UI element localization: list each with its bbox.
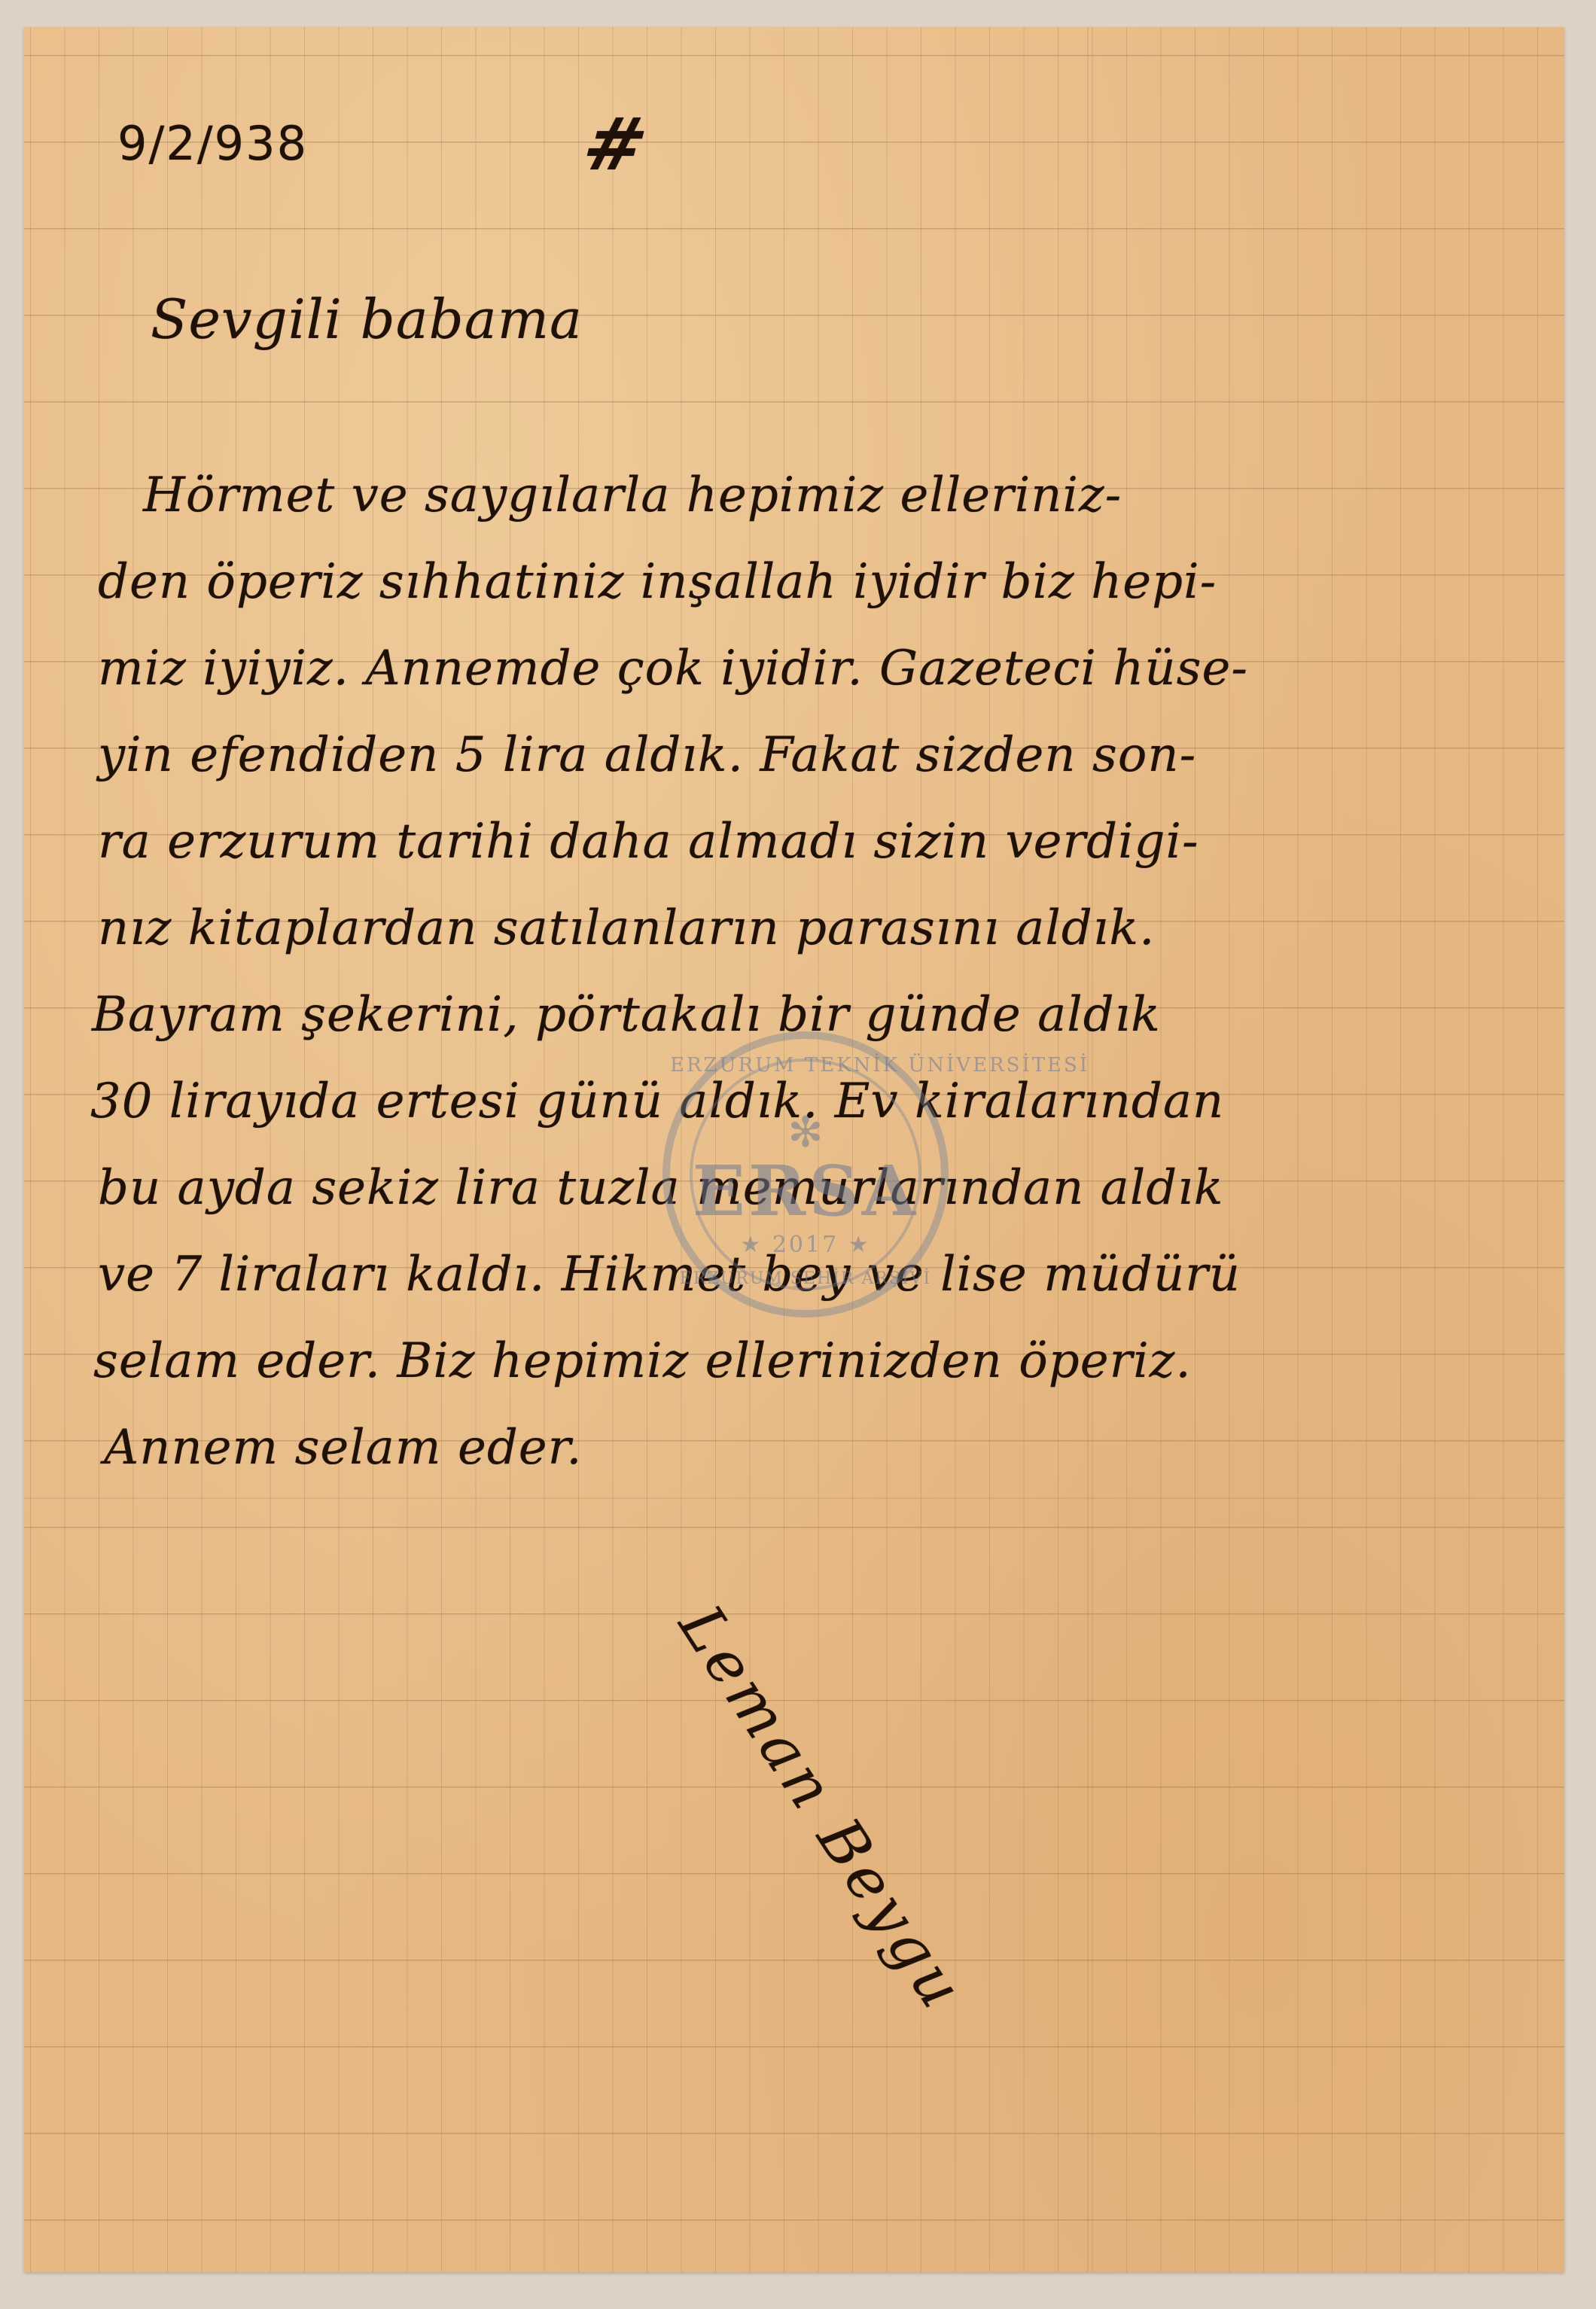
body-line: yin efendiden 5 lira aldık. Fakat sizden…: [98, 717, 1196, 793]
signature: Leman Beygu: [666, 1593, 979, 2024]
letter-paper: 9/2/938 # Sevgili babama Hörmet ve saygı…: [24, 27, 1564, 2272]
body-line: 30 lirayıda ertesi günü aldık. Ev kirala…: [90, 1064, 1224, 1139]
body-line: Annem selam eder.: [104, 1410, 583, 1485]
body-line: Hörmet ve saygılarla hepimiz elleriniz-: [143, 458, 1122, 533]
body-line: den öperiz sıhhatiniz inşallah iyidir bi…: [98, 544, 1217, 620]
body-line: miz iyiyiz. Annemde çok iyidir. Gazeteci…: [98, 631, 1248, 706]
body-line: selam eder. Biz hepimiz ellerinizden öpe…: [93, 1324, 1192, 1399]
letter-date: 9/2/938: [117, 116, 308, 171]
paper-fold-vertical: [1087, 27, 1089, 2272]
salutation: Sevgili babama: [151, 288, 583, 351]
body-line: nız kitaplardan satılanların parasını al…: [98, 891, 1155, 966]
body-line: ve 7 liraları kaldı. Hikmet bey ve lise …: [98, 1237, 1241, 1312]
body-line: bu ayda sekiz lira tuzla memurlarından a…: [98, 1150, 1224, 1226]
paper-fold-horizontal: [24, 1497, 1564, 1499]
body-line: ra erzurum tarihi daha almadı sizin verd…: [98, 804, 1199, 879]
body-line: Bayram şekerini, pörtakalı bir günde ald…: [92, 977, 1161, 1052]
header-mark: #: [574, 102, 656, 187]
